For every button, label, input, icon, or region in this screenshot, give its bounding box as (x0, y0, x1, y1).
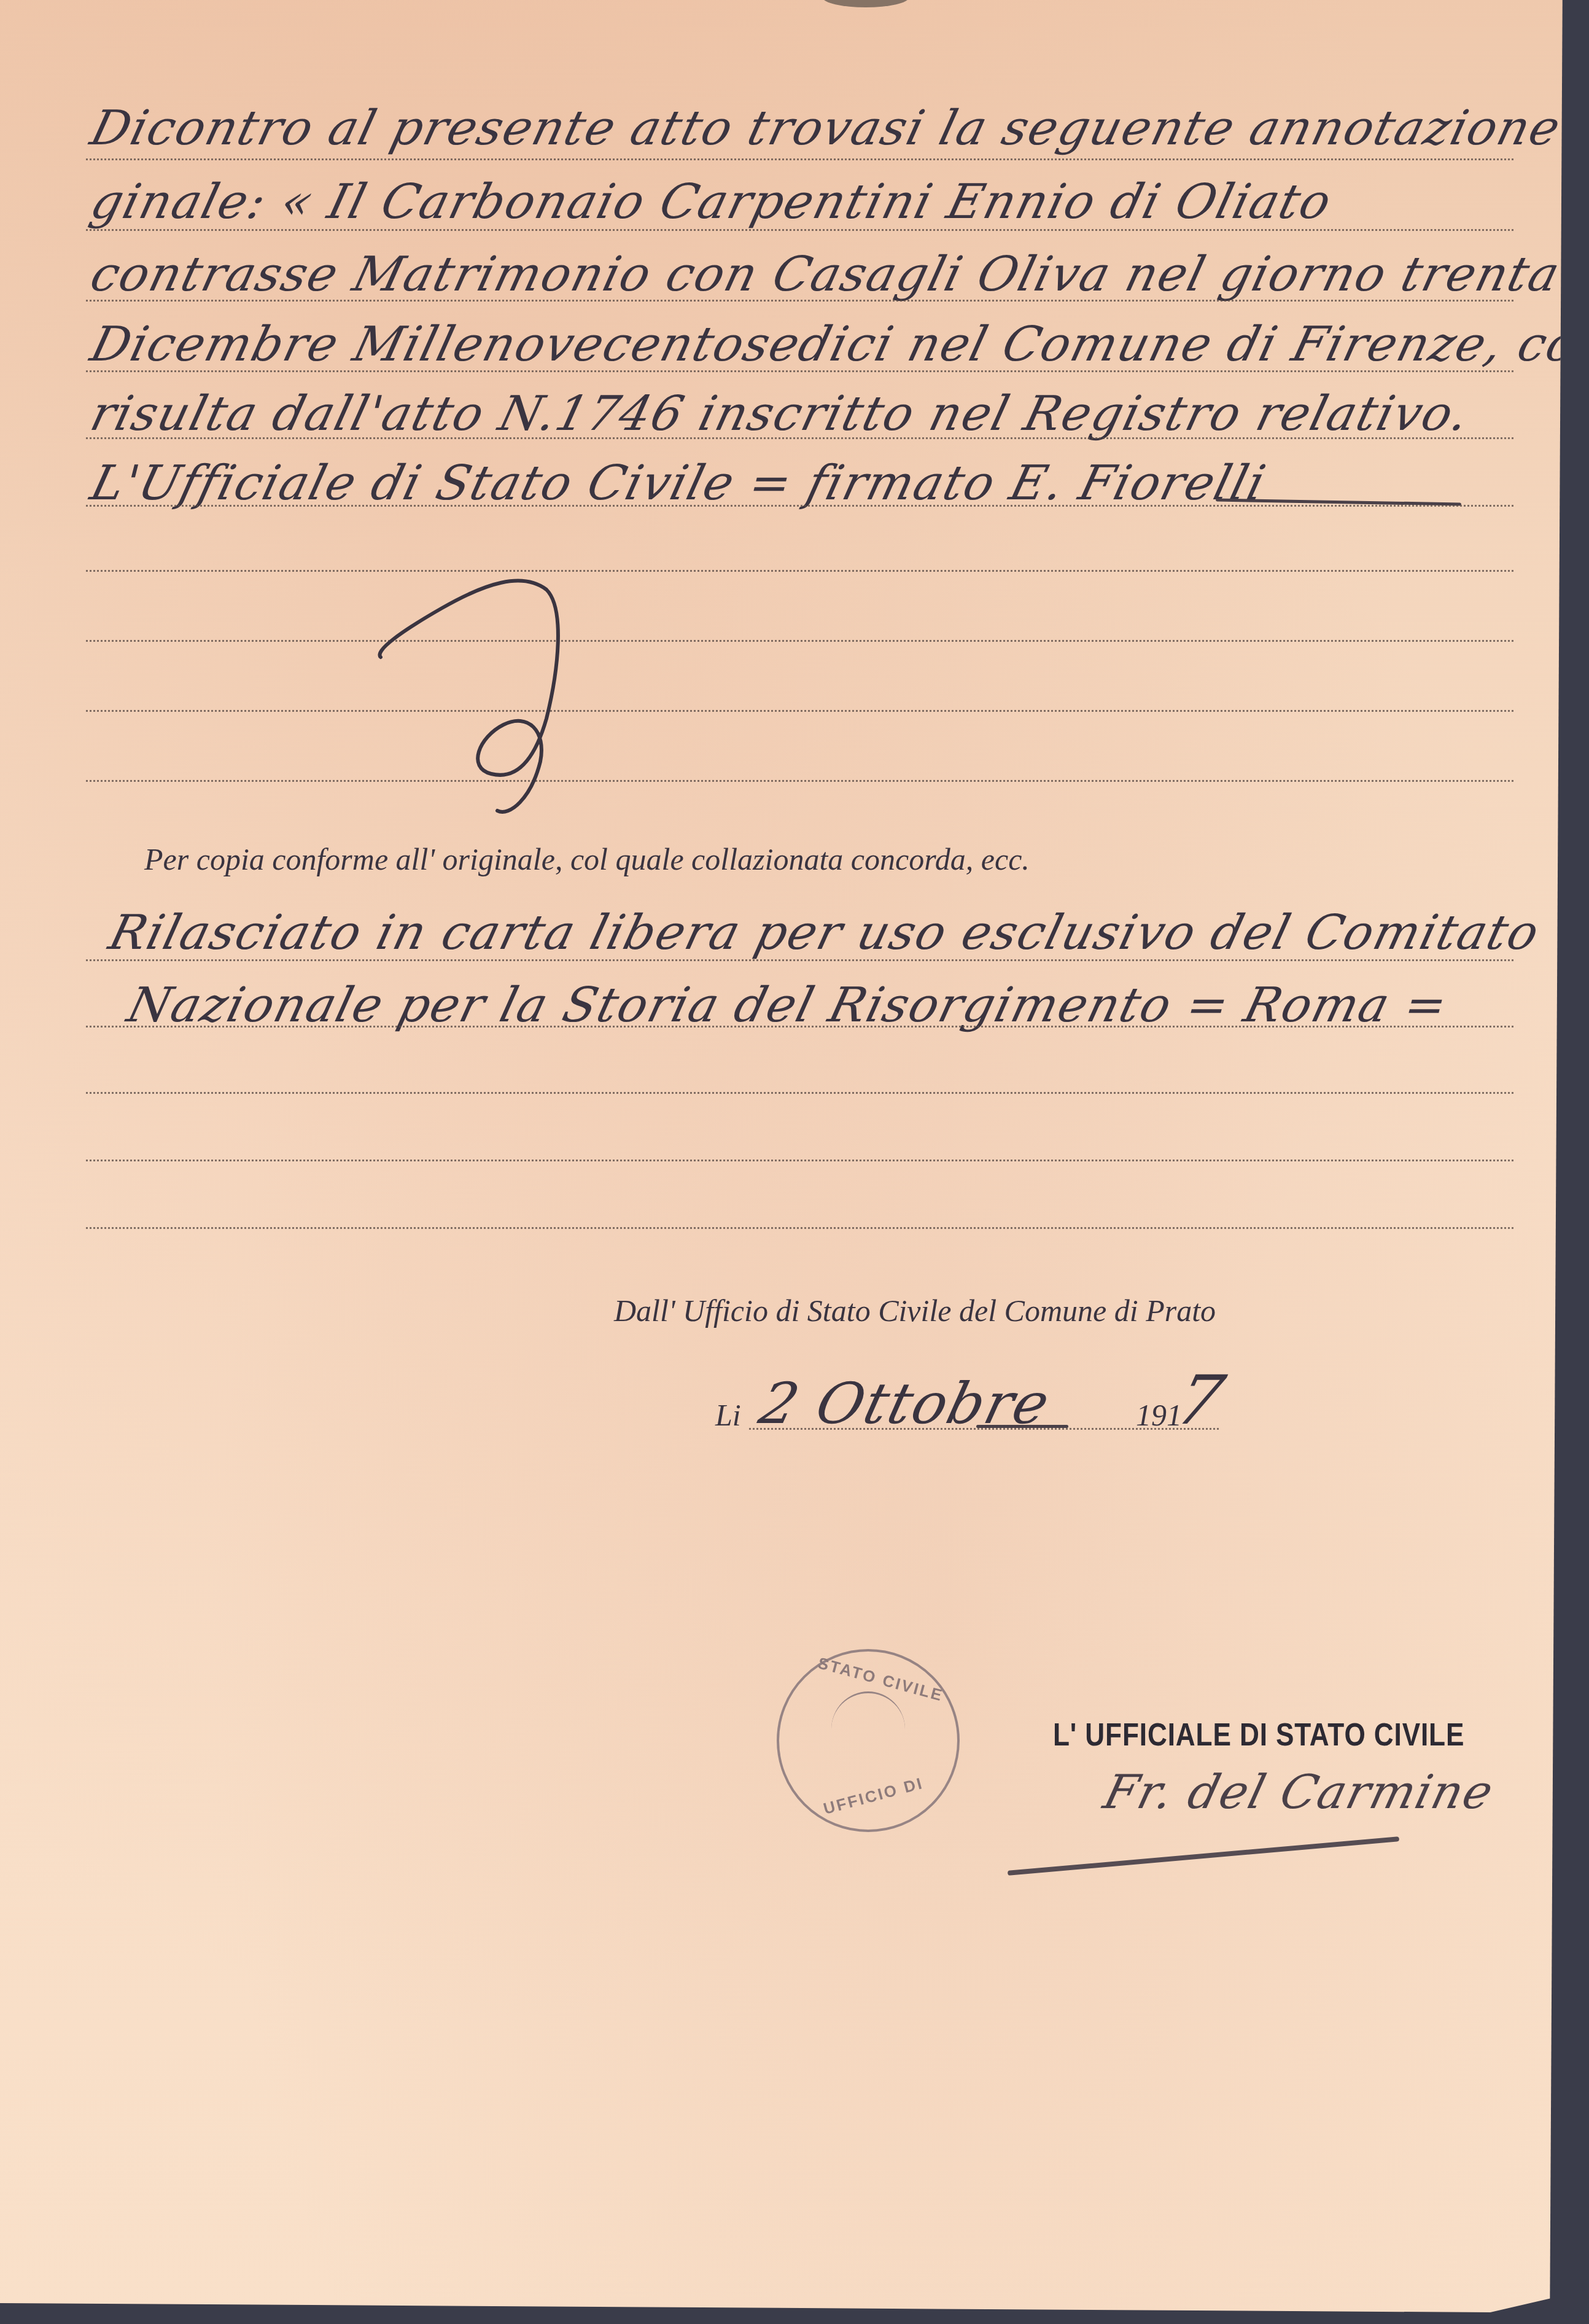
stamp-text-bottom: UFFICIO DI (822, 1774, 926, 1819)
release-line-2: Nazionale per la Storia del Risorgimento… (123, 981, 1453, 1029)
date-day: 2 (753, 1371, 807, 1437)
date-prefix: Li (715, 1397, 741, 1433)
ruled-line (86, 780, 1513, 782)
ruled-line (86, 505, 1513, 507)
signature-underline (1008, 1836, 1399, 1876)
officer-title: L' UFFICIALE DI STATO CIVILE (1053, 1717, 1464, 1753)
note-line-1: Dicontro al presente atto trovasi la seg… (86, 104, 1589, 152)
ruled-line (86, 1026, 1513, 1027)
date-day-month: 2 Ottobre (755, 1376, 1056, 1432)
ruled-line (86, 570, 1513, 572)
ruled-line (86, 300, 1513, 302)
officer-signature: Fr. del Carmine (1100, 1769, 1499, 1815)
ruled-line (86, 1092, 1513, 1094)
note-line-6: L'Ufficiale di Stato Civile = firmato E.… (86, 459, 1270, 507)
office-text: Dall' Ufficio di Stato Civile del Comune… (614, 1293, 1216, 1328)
ruled-line (86, 229, 1513, 231)
note-line-5: risulta dall'atto N.1746 inscritto nel R… (86, 390, 1474, 438)
ruled-line (86, 640, 1513, 642)
punch-hole (823, 0, 909, 7)
note-line-3: contrasse Matrimonio con Casagli Oliva n… (86, 251, 1565, 298)
stamp-inner-ring (831, 1691, 905, 1767)
z-cancel-mark-icon (368, 565, 675, 823)
ruled-line (86, 158, 1513, 160)
document-page: Dicontro al presente atto trovasi la seg… (0, 0, 1569, 2312)
note-line-4: Dicembre Millenovecentosedici nel Comune… (86, 321, 1589, 368)
year-digit: 7 (1170, 1367, 1231, 1434)
ruled-line (86, 710, 1513, 712)
ruled-line (86, 1227, 1513, 1229)
ruled-line (86, 437, 1513, 439)
release-line-1: Rilasciato in carta libera per uso esclu… (104, 909, 1544, 957)
ruled-line (86, 1160, 1513, 1161)
official-stamp: STATO CIVILE UFFICIO DI (777, 1649, 960, 1832)
note-line-2: ginale: « Il Carbonaio Carpentini Ennio … (86, 178, 1337, 226)
date-dotted-line (749, 1428, 1219, 1430)
certification-text: Per copia conforme all' originale, col q… (144, 841, 1030, 877)
ruled-line (86, 370, 1513, 372)
ruled-line (86, 959, 1513, 961)
